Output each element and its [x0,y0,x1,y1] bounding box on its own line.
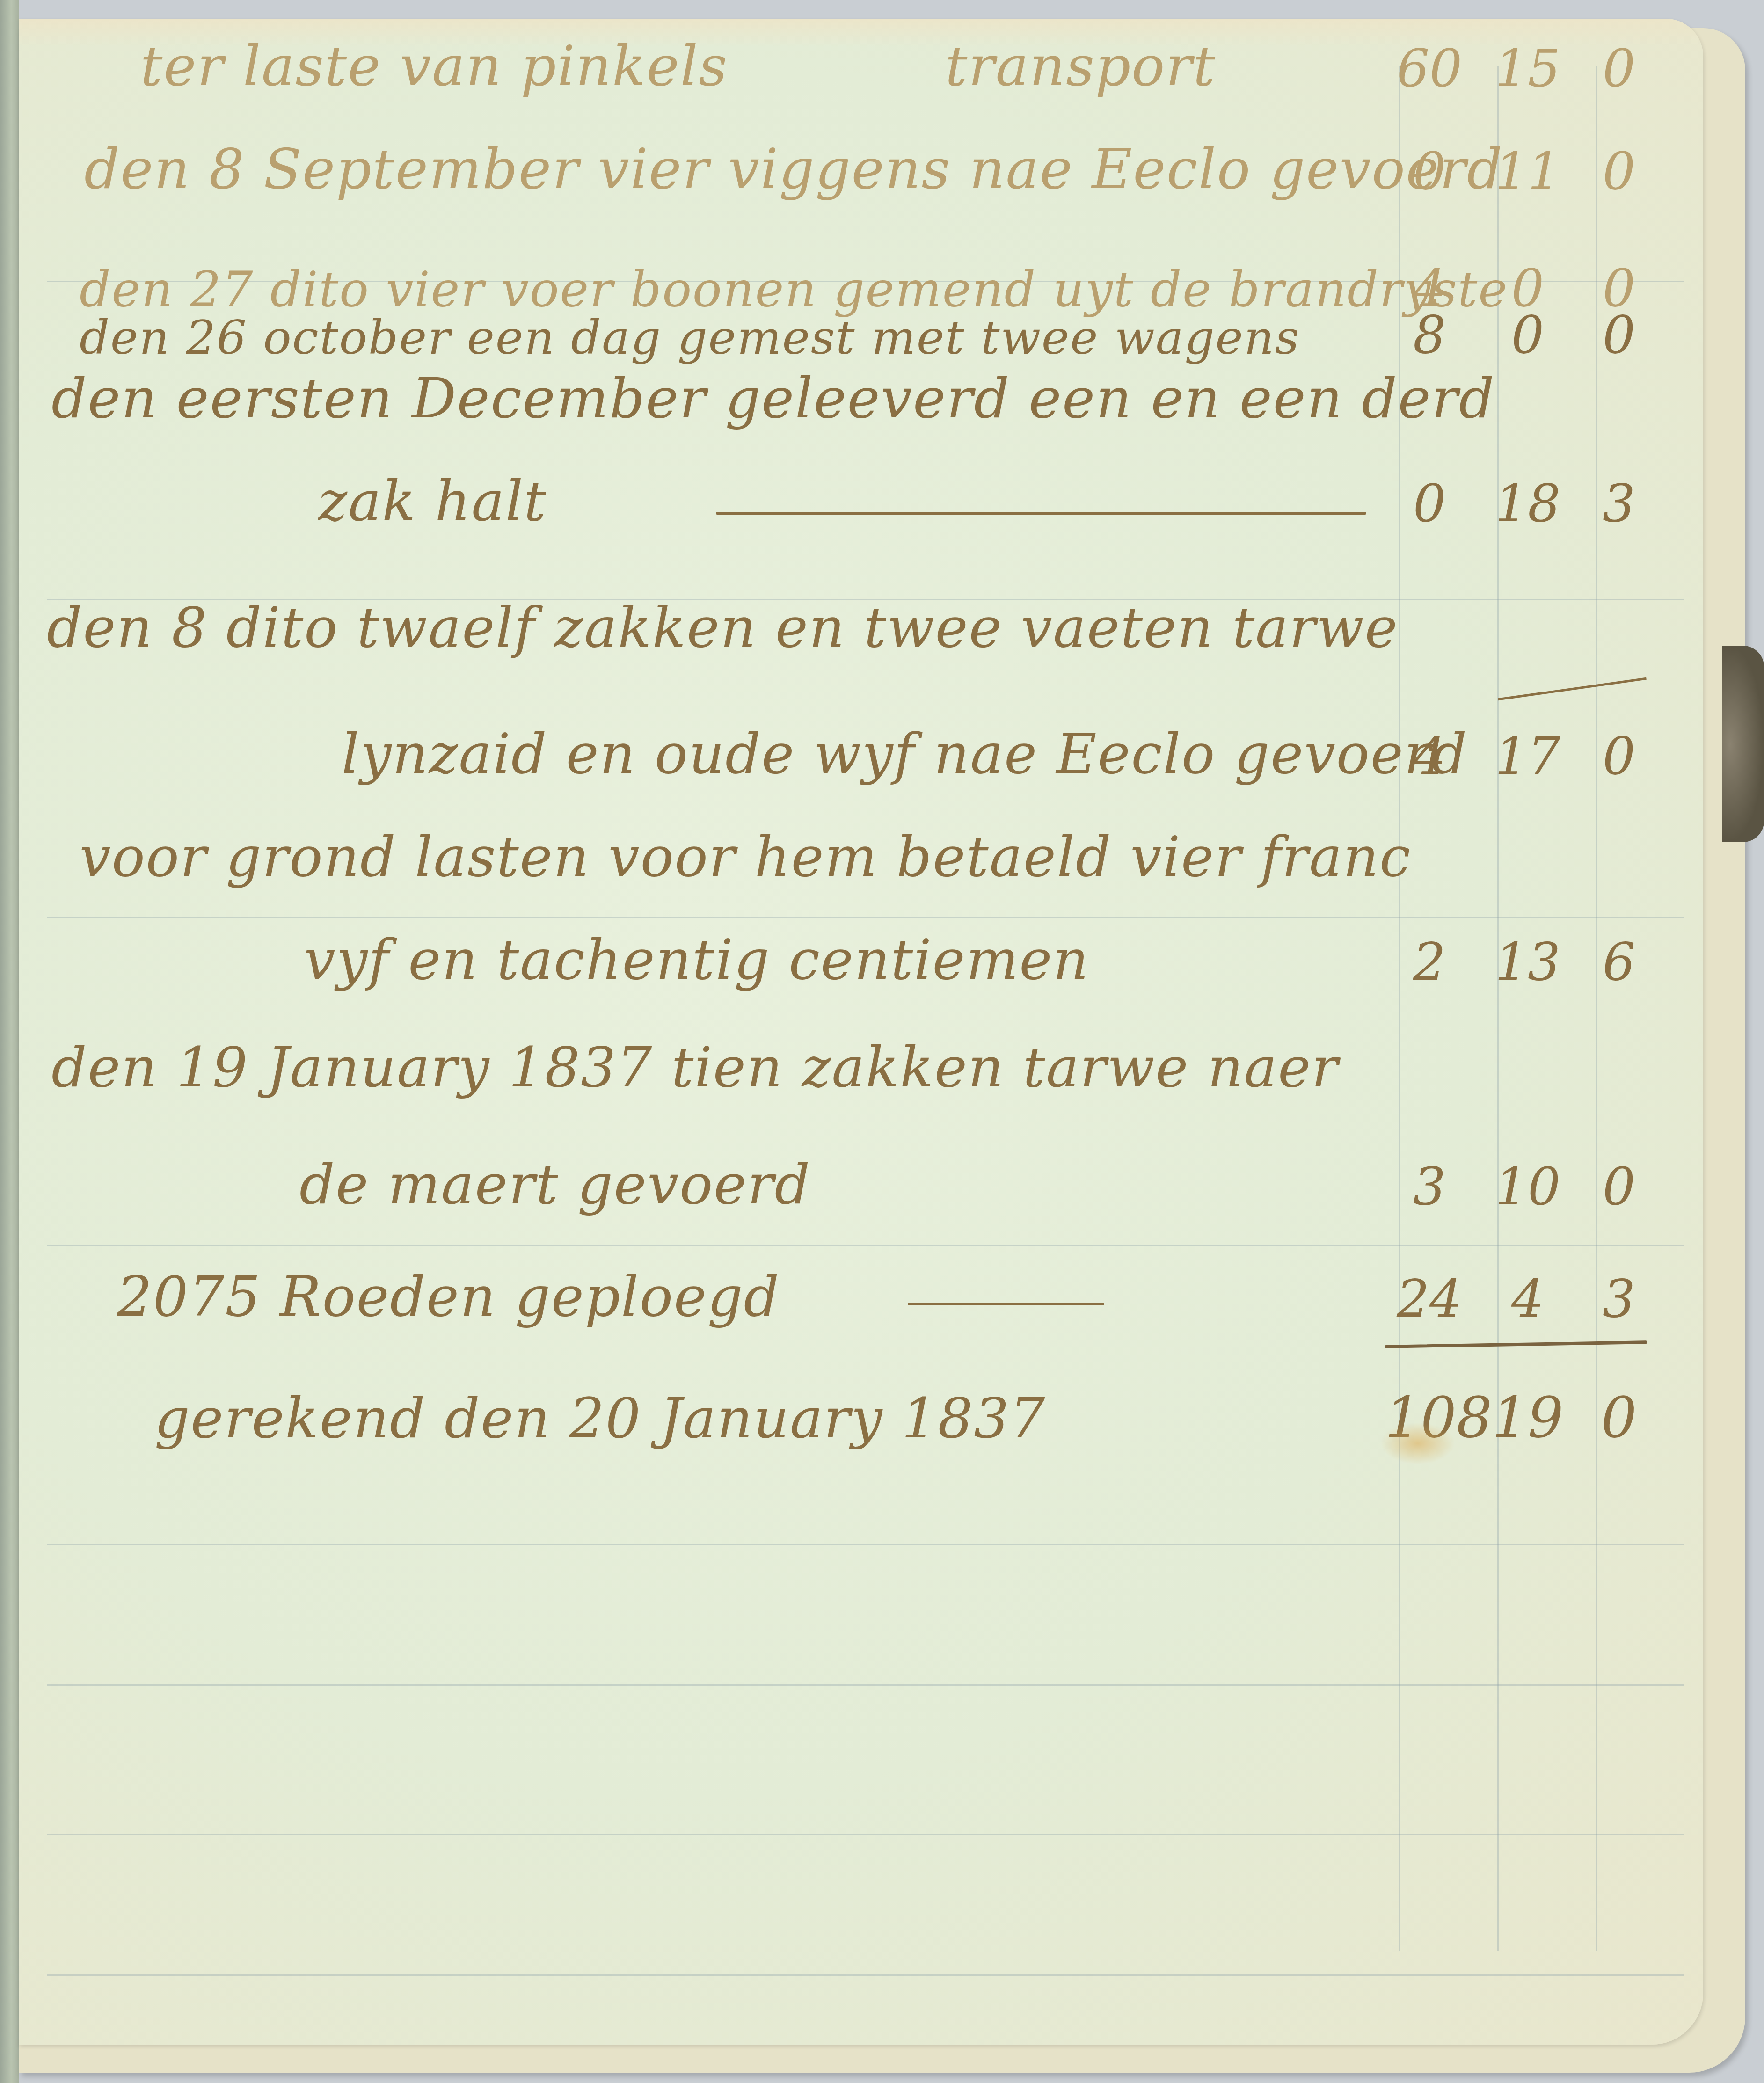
ink-stain [1380,1422,1455,1464]
entry-description: 2075 Roeden geploegd [117,1264,780,1329]
entry-description: den 19 January 1837 tien zakken tarwe na… [51,1035,1339,1100]
filler-dash [908,1303,1104,1305]
ledger-entry: lynzaid en oude wyf nae Eeclo gevoerd 4 … [0,702,1684,795]
amount-sous: 17 [1483,726,1572,786]
ledger-entry: zak halt 0 18 3 [0,449,1684,543]
entry-description: de maert gevoerd [299,1152,811,1216]
book-clasp [1722,646,1764,842]
entry-description: den 8 September vier viggens nae Eeclo g… [84,137,1503,201]
ledger-entry: vyf en tachentig centiemen 2 13 6 [0,908,1684,1001]
amount-sous: 4 [1483,1269,1572,1329]
entry-description: voor grond lasten voor hem betaeld vier … [80,824,1411,889]
entry-description: ter laste van pinkels [140,34,728,98]
ledger-entry: den eersten December geleeverd een en ee… [0,346,1684,440]
amount-francs: 0 [1385,473,1474,533]
amount-sous: 13 [1483,932,1572,992]
entry-description: den eersten December geleeverd een en ee… [51,366,1495,430]
entry-description: den 8 dito twaelf zakken en twee vaeten … [47,595,1399,660]
entry-description: lynzaid en oude wyf nae Eeclo gevoerd [342,721,1468,786]
ledger-entry: de maert gevoerd 3 10 0 [0,1132,1684,1226]
amount-sous: 10 [1483,1157,1572,1216]
ledger-entry: den 8 dito twaelf zakken en twee vaeten … [0,575,1684,669]
ruled-line [47,1684,1684,1686]
ledger-entry: voor grond lasten voor hem betaeld vier … [0,805,1684,898]
amount-deniers: 6 [1582,932,1656,992]
amount-francs: 0 [1385,141,1474,201]
amount-deniers: 0 [1582,726,1656,786]
ledger-entry: den 19 January 1837 tien zakken tarwe na… [0,1015,1684,1109]
ruled-line [47,1974,1684,1976]
amount-francs: 4 [1385,726,1474,786]
total-description: gerekend den 20 January 1837 [154,1386,1046,1450]
ledger-entry: den 8 September vier viggens nae Eeclo g… [0,117,1684,211]
ruled-line [47,1544,1684,1545]
ledger-entry: ter laste van pinkels transport 60 15 0 [0,14,1684,108]
entry-description: zak halt [318,469,547,533]
amount-sous: 11 [1483,141,1572,201]
ruled-line [47,1834,1684,1835]
amount-deniers: 3 [1582,473,1656,533]
amount-francs: 3 [1385,1157,1474,1216]
amount-francs: 60 [1385,38,1474,98]
amount-deniers: 0 [1582,141,1656,201]
total-deniers: 0 [1582,1385,1656,1450]
amount-francs: 24 [1385,1269,1474,1329]
ledger-entry: 2075 Roeden geploegd 24 4 3 [0,1245,1684,1338]
amount-sous: 15 [1483,38,1572,98]
amount-deniers: 0 [1582,1157,1656,1216]
entry-description: vyf en tachentig centiemen [304,927,1089,992]
filler-dash [716,512,1366,515]
entry-note: transport [945,34,1216,98]
total-sous: 19 [1483,1385,1572,1450]
amount-deniers: 0 [1582,38,1656,98]
amount-francs: 2 [1385,932,1474,992]
amount-deniers: 3 [1582,1269,1656,1329]
amount-sous: 18 [1483,473,1572,533]
